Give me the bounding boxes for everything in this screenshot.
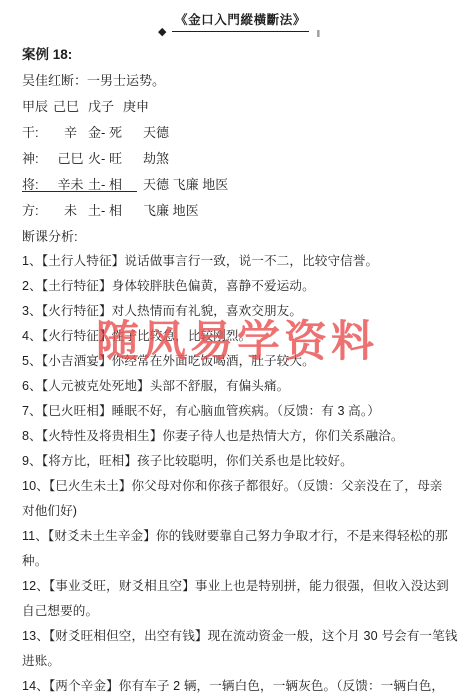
row-branch: 辛 xyxy=(53,120,88,146)
analysis-item-5: 5、【小吉酒宴】你经常在外面吃饭喝酒，肚子较大。 xyxy=(22,349,459,374)
row-branch: 未 xyxy=(53,198,88,224)
analysis-item-4: 4、【火行特征】性子比较急，比较刚烈。 xyxy=(22,324,459,349)
analysis-heading: 断课分析: xyxy=(22,224,459,249)
header-title-wrap: ◆ 《金口入門縱橫斷法》 ‖ xyxy=(172,9,309,32)
row-element-state: 金- 死 xyxy=(88,120,143,146)
row-label: 方: xyxy=(22,198,53,224)
row-gods: 天德 飞廉 地医 xyxy=(143,172,459,198)
document-page: ◆ 《金口入門縱橫斷法》 ‖ 案例 18: 吴佳红断：一男士运势。 甲辰 己巳 … xyxy=(0,0,465,695)
row-branch: 己巳 xyxy=(53,146,88,172)
grid-row-fang: 方: 未 土- 相 飞廉 地医 xyxy=(22,198,459,224)
double-bar-ornament-icon: ‖ xyxy=(317,28,320,40)
analysis-item-10: 10、【巳火生未土】你父母对你和你孩子都很好。（反馈：父亲没在了，母亲 对他们好… xyxy=(22,474,459,524)
page-header: ◆ 《金口入門縱橫斷法》 ‖ xyxy=(22,9,459,38)
case-intro: 吴佳红断：一男士运势。 xyxy=(22,68,459,94)
analysis-item-3: 3、【火行特征】对人热情而有礼貌，喜欢交朋友。 xyxy=(22,299,459,324)
row-gods: 劫煞 xyxy=(143,146,459,172)
analysis-item-14: 14、【两个辛金】你有车子 2 辆，一辆白色，一辆灰色。（反馈：一辆白色， xyxy=(22,674,459,695)
case-title: 案例 18: xyxy=(22,42,459,68)
analysis-item-7: 7、【巳火旺相】睡眠不好，有心脑血管疾病。（反馈：有 3 高。） xyxy=(22,399,459,424)
four-pillars-row: 甲辰 己巳 戊子 庚申 xyxy=(22,94,459,120)
row-branch: 辛未 xyxy=(53,172,88,198)
row-element-state: 火- 旺 xyxy=(88,146,143,172)
analysis-item-2: 2、【土行特征】身体较胖肤色偏黄，喜静不爱运动。 xyxy=(22,274,459,299)
pillar-day: 戊子 xyxy=(88,94,123,120)
analysis-item-1: 1、【土行人特征】说话做事言行一致，说一不二，比较守信誉。 xyxy=(22,249,459,274)
grid-row-gan: 干: 辛 金- 死 天德 xyxy=(22,120,459,146)
grid-row-shen: 神: 己巳 火- 旺 劫煞 xyxy=(22,146,459,172)
analysis-item-13: 13、【财爻旺相但空，出空有钱】现在流动资金一般，这个月 30 号会有一笔钱 进… xyxy=(22,624,459,674)
pillar-year: 甲辰 xyxy=(22,94,53,120)
analysis-item-8: 8、【火特性及将贵相生】你妻子待人也是热情大方，你们关系融洽。 xyxy=(22,424,459,449)
pillar-month: 己巳 xyxy=(53,94,88,120)
analysis-item-9: 9、【将方比，旺相】孩子比较聪明，你们关系也是比较好。 xyxy=(22,449,459,474)
row-gods: 天德 xyxy=(143,120,459,146)
grid-row-jiang: 将: 辛未 土- 相 天德 飞廉 地医 xyxy=(22,172,459,198)
row-element-state: 土- 相 xyxy=(88,198,143,224)
analysis-item-12: 12、【事业爻旺，财爻相且空】事业上也是特别拼，能力很强，但收入没达到 自己想要… xyxy=(22,574,459,624)
book-title: 《金口入門縱橫斷法》 xyxy=(175,13,306,27)
analysis-item-11: 11、【财爻未土生辛金】你的钱财要靠自己努力争取才行，不是来得轻松的那 种。 xyxy=(22,524,459,574)
row-label: 将: xyxy=(22,172,53,198)
pillar-hour: 庚申 xyxy=(123,94,459,120)
row-label: 干: xyxy=(22,120,53,146)
diamond-ornament-icon: ◆ xyxy=(158,25,167,38)
row-gods: 飞廉 地医 xyxy=(143,198,459,224)
analysis-item-6: 6、【人元被克处死地】头部不舒服，有偏头痛。 xyxy=(22,374,459,399)
row-label: 神: xyxy=(22,146,53,172)
row-element-state: 土- 相 xyxy=(88,172,143,198)
